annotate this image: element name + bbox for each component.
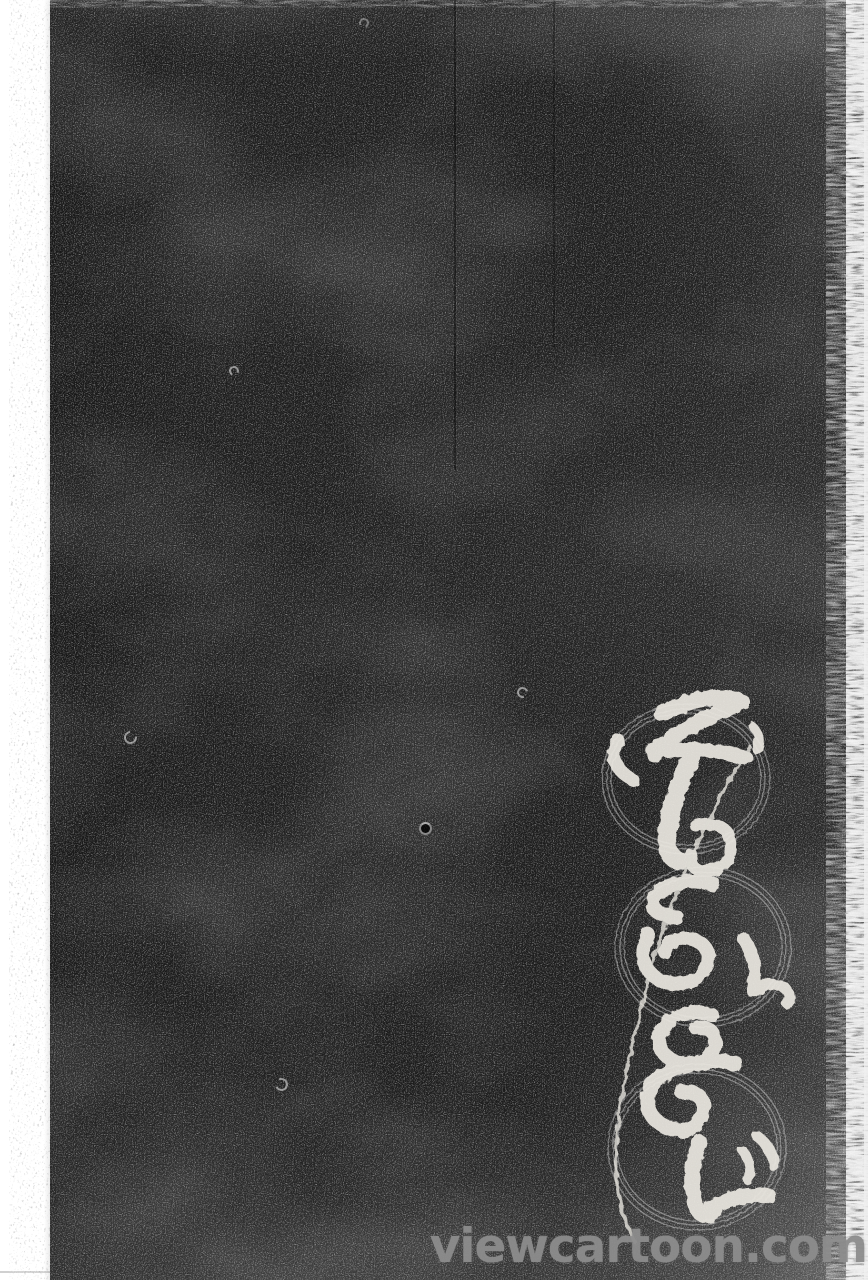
page-background [50, 0, 868, 1280]
scan-seam-line [0, 1271, 50, 1273]
page-crease-line [454, 0, 456, 470]
watermark-text: viewcartoon.com [430, 1219, 867, 1274]
dust-speck [419, 822, 432, 835]
page-crease-line [553, 0, 555, 350]
scanner-white-margin [0, 0, 50, 1280]
scanned-page: viewcartoon.com [0, 0, 868, 1280]
